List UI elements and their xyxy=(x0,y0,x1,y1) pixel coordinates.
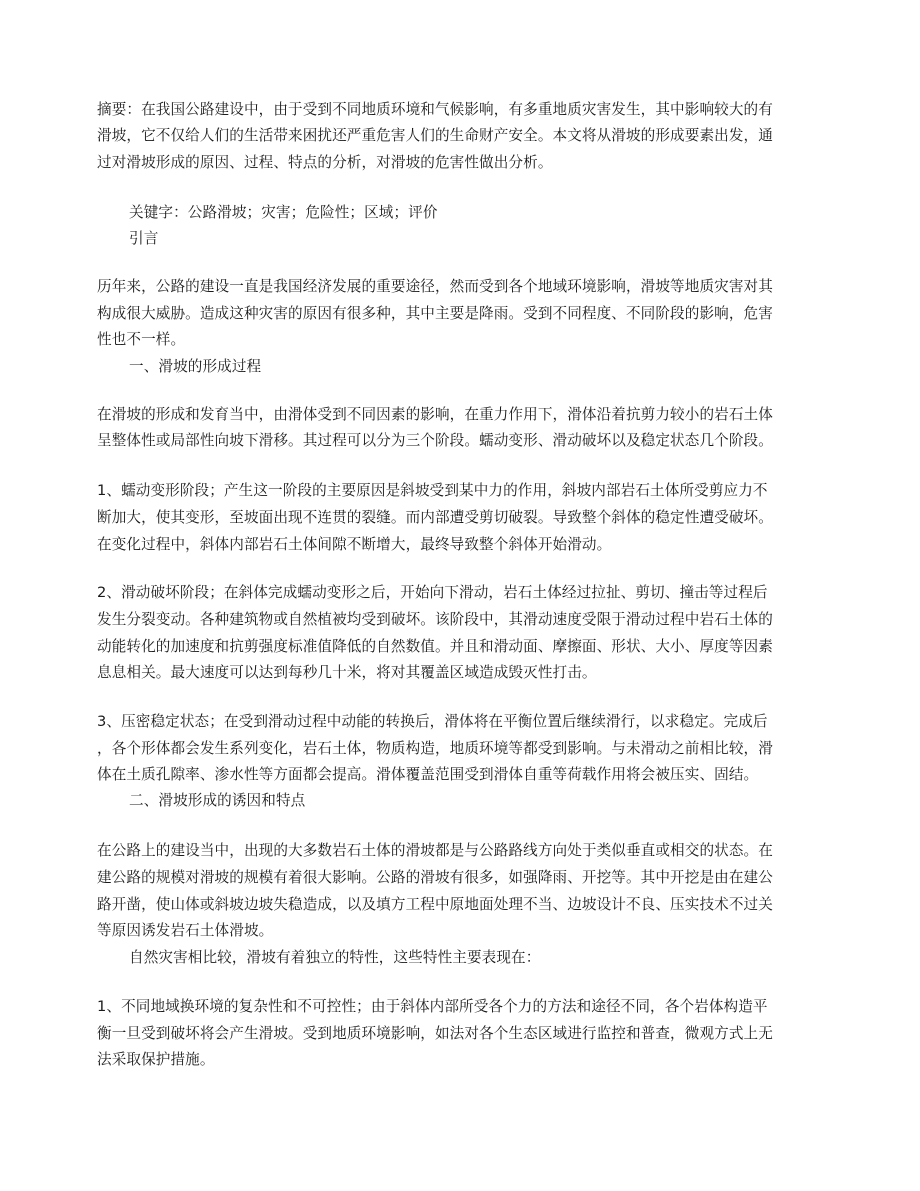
stage3-line-3: 体在土质孔隙率、渗水性等方面都会提高。滑体覆盖范围受到滑体自重等荷载作用将会被压… xyxy=(97,765,837,785)
stage2-line-2: 发生分裂变动。各种建筑物或自然植被均受到破坏。该阶段中，其滑动速度受限于滑动过程… xyxy=(97,610,837,630)
keywords: 关键字：公路滑坡；灾害；危险性；区域；评价 xyxy=(129,203,869,223)
stage1-line-3: 在变化过程中，斜体内部岩石土体间隙不断增大，最终导致整个斜体开始滑动。 xyxy=(97,535,837,555)
stage3-line-1: 3、压密稳定状态；在受到滑动过程中动能的转换后，滑体将在平衡位置后继续滑行，以求… xyxy=(97,712,837,732)
feature1-line-3: 法采取保护措施。 xyxy=(97,1050,837,1070)
section2-intro-line-4: 等原因诱发岩石土体滑坡。 xyxy=(97,921,837,941)
section1-intro-line-2: 呈整体性或局部性向坡下滑移。其过程可以分为三个阶段。蠕动变形、滑动破坏以及稳定状… xyxy=(97,431,837,451)
section2-intro-line-3: 路开凿，使山体或斜坡边坡失稳造成，以及填方工程中原地面处理不当、边坡设计不良、压… xyxy=(97,895,837,915)
intro-heading: 引言 xyxy=(129,229,869,249)
section2-heading: 二、滑坡形成的诱因和特点 xyxy=(129,791,869,811)
section2-intro-line-2: 建公路的规模对滑坡的规模有着很大影响。公路的滑坡有很多，如强降雨、开挖等。其中开… xyxy=(97,868,837,888)
abstract-line-3: 过对滑坡形成的原因、过程、特点的分析，对滑坡的危害性做出分析。 xyxy=(97,153,837,173)
stage3-line-2: ，各个形体都会发生系列变化，岩石土体，物质构造，地质环境等都受到影响。与未滑动之… xyxy=(97,739,837,759)
stage2-line-3: 动能转化的加速度和抗剪强度标准值降低的自然数值。并且和滑动面、摩擦面、形状、大小… xyxy=(97,637,837,657)
document-page: 摘要：在我国公路建设中，由于受到不同地质环境和气候影响，有多重地质灾害发生，其中… xyxy=(0,0,920,1191)
section2-intro-line-1: 在公路上的建设当中，出现的大多数岩石土体的滑坡都是与公路路线方向处于类似垂直或相… xyxy=(97,841,837,861)
feature1-line-2: 衡一旦受到破坏将会产生滑坡。受到地质环境影响，如法对各个生态区域进行监控和普查，… xyxy=(97,1024,837,1044)
intro-line-3: 性也不一样。 xyxy=(97,330,837,350)
section2-compare-line: 自然灾害相比较，滑坡有着独立的特性，这些特性主要表现在： xyxy=(129,948,869,968)
intro-line-2: 构成很大威胁。造成这种灾害的原因有很多种，其中主要是降雨。受到不同程度、不同阶段… xyxy=(97,304,837,324)
feature1-line-1: 1、不同地域换环境的复杂性和不可控性；由于斜体内部所受各个力的方法和途径不同，各… xyxy=(97,997,837,1017)
stage2-line-1: 2、滑动破坏阶段；在斜体完成蠕动变形之后，开始向下滑动，岩石土体经过拉扯、剪切、… xyxy=(97,583,837,603)
abstract-line-1: 摘要：在我国公路建设中，由于受到不同地质环境和气候影响，有多重地质灾害发生，其中… xyxy=(97,100,837,120)
abstract-line-2: 滑坡，它不仅给人们的生活带来困扰还严重危害人们的生命财产安全。本文将从滑坡的形成… xyxy=(97,126,837,146)
section1-heading: 一、滑坡的形成过程 xyxy=(129,357,869,377)
stage1-line-2: 断加大，使其变形，至坡面出现不连贯的裂缝。而内部遭受剪切破裂。导致整个斜体的稳定… xyxy=(97,508,837,528)
stage2-line-4: 息息相关。最大速度可以达到每秒几十米，将对其覆盖区域造成毁灭性打击。 xyxy=(97,663,837,683)
stage1-line-1: 1、蠕动变形阶段；产生这一阶段的主要原因是斜坡受到某中力的作用，斜坡内部岩石土体… xyxy=(97,481,837,501)
intro-line-1: 历年来，公路的建设一直是我国经济发展的重要途径，然而受到各个地域环境影响，滑坡等… xyxy=(97,277,837,297)
section1-intro-line-1: 在滑坡的形成和发育当中，由滑体受到不同因素的影响，在重力作用下，滑体沿着抗剪力较… xyxy=(97,405,837,425)
